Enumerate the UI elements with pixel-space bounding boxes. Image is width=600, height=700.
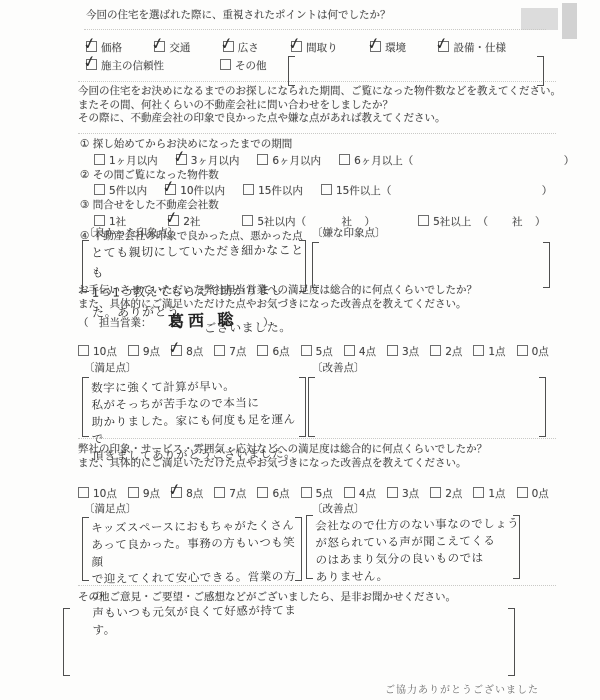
checkbox-icon[interactable]: [165, 184, 176, 195]
checkbox-icon[interactable]: [387, 345, 398, 356]
checkbox-icon[interactable]: [214, 487, 225, 498]
q1-options-row1: 価格交通広さ間取り環境設備・仕様: [86, 40, 506, 55]
score-checkbox-option[interactable]: 2点: [430, 486, 462, 501]
checkbox-icon[interactable]: [171, 487, 182, 498]
checkbox-icon[interactable]: [78, 487, 89, 498]
checkbox-label: 6点: [272, 346, 289, 358]
checkbox-label: 6ヶ月以上: [354, 155, 403, 167]
other-comments-box[interactable]: [63, 608, 515, 676]
item-number: ③: [80, 199, 89, 211]
checkbox-icon[interactable]: [214, 345, 225, 356]
checkbox-option[interactable]: 設備・仕様: [438, 40, 506, 55]
checkbox-label: 5点: [316, 346, 333, 358]
checkbox-icon[interactable]: [291, 41, 302, 52]
handwritten-line: ありません。: [316, 566, 521, 586]
score-checkbox-option[interactable]: 8点: [171, 486, 203, 501]
checkbox-icon[interactable]: [94, 215, 105, 226]
q2-item-title: ③ 問合せをした不動産会社数: [80, 199, 558, 213]
q4-score-row: 10点9点8点7点6点5点4点3点2点1点0点: [78, 486, 560, 501]
q2-item-title: ② その間ご覧になった物件数: [80, 169, 558, 183]
checkbox-label: 7点: [229, 488, 246, 500]
q2-item-options: 5件以内10件以内15件以内15件以上（ ）: [94, 183, 558, 198]
checkbox-icon[interactable]: [78, 345, 89, 356]
checkbox-icon[interactable]: [257, 487, 268, 498]
checkbox-label: 6ヶ月以内: [272, 155, 321, 167]
q2-intro-line: 今回の住宅をお決めになるまでのお探しになられた期間、ご覧になった物件数などを教え…: [78, 85, 560, 99]
score-checkbox-option[interactable]: 9点: [128, 486, 160, 501]
checkbox-icon[interactable]: [176, 154, 187, 165]
checkbox-option[interactable]: 1ヶ月以内: [94, 153, 158, 168]
checkbox-option[interactable]: 環境: [370, 40, 406, 55]
q3-intro-line: また、具体的にご満足いただけた点やお気づきになった改善点を教えてください。: [78, 298, 560, 312]
checkbox-icon[interactable]: [171, 345, 182, 356]
checkbox-icon[interactable]: [301, 345, 312, 356]
q4-intro: 弊社の印象・サービス・雰囲気・応対などへの満足度は総合的に何点くらいでしたか？ま…: [78, 443, 560, 470]
checkbox-label: 1ヶ月以内: [109, 155, 158, 167]
checkbox-label: 5件以内: [109, 185, 147, 197]
checkbox-label: 交通: [169, 42, 190, 54]
checkbox-label: 間取り: [306, 42, 338, 54]
fill-in-blank: （ ）: [381, 185, 554, 197]
checkbox-icon[interactable]: [301, 487, 312, 498]
checkbox-icon[interactable]: [370, 41, 381, 52]
score-checkbox-option[interactable]: 1点: [473, 486, 505, 501]
checkbox-label: 15件以上: [336, 185, 381, 197]
score-checkbox-option[interactable]: 0点: [517, 344, 549, 359]
scanned-survey-form: 今回の住宅を選ばれた際に、重視されたポイントは何でしたか？ 価格交通広さ間取り環…: [0, 0, 600, 700]
q1-title: 今回の住宅を選ばれた際に、重視されたポイントは何でしたか？: [86, 9, 558, 23]
checkbox-icon[interactable]: [473, 487, 484, 498]
checkbox-option[interactable]: 6ヶ月以内: [257, 153, 321, 168]
checkbox-option[interactable]: 施主の信頼性: [86, 58, 164, 73]
checkbox-icon[interactable]: [430, 345, 441, 356]
checkbox-icon[interactable]: [257, 345, 268, 356]
checkbox-label: 広さ: [238, 42, 259, 54]
checkbox-label: 4点: [359, 346, 376, 358]
bad-impression-box[interactable]: [312, 242, 550, 288]
score-checkbox-option[interactable]: 5点: [301, 486, 333, 501]
score-checkbox-option[interactable]: 8点: [171, 344, 203, 359]
q2-intro-line: その際に、不動産会社の印象で良かった点や嫌な点があれば教えてください。: [78, 112, 560, 126]
checkbox-label: 5社以上: [433, 216, 471, 228]
checkbox-icon[interactable]: [517, 345, 528, 356]
checkbox-label: 2点: [445, 346, 462, 358]
agent-label-close: ）: [263, 317, 274, 329]
checkbox-option[interactable]: 5件以内: [94, 183, 147, 198]
other-answer-box[interactable]: [288, 56, 544, 86]
checkbox-label: 0点: [532, 488, 549, 500]
checkbox-icon[interactable]: [168, 215, 179, 226]
checkbox-icon[interactable]: [517, 487, 528, 498]
score-checkbox-option[interactable]: 5点: [301, 344, 333, 359]
q3-intro: お手伝いさせていただいた弊社担当営業への満足度は総合的に何点くらいでしたか？また…: [78, 284, 560, 311]
checkbox-label: 0点: [532, 346, 549, 358]
thank-you-note: ご協力ありがとうございました: [385, 681, 539, 696]
checkbox-label: 2社: [183, 216, 200, 228]
score-checkbox-option[interactable]: 10点: [78, 344, 117, 359]
agent-name-handwritten: 葛西 聡: [167, 313, 237, 329]
q3-improvement-box[interactable]: [308, 377, 546, 437]
checkbox-icon[interactable]: [339, 154, 350, 165]
checkbox-label: 10件以内: [180, 185, 225, 197]
scan-artifact: [562, 3, 577, 39]
bad-impression-label: 〔嫌な印象点〕: [312, 227, 386, 241]
q3-score-row: 10点9点8点7点6点5点4点3点2点1点0点: [78, 344, 560, 359]
checkbox-label: 15件以内: [258, 185, 303, 197]
q2-intro: 今回の住宅をお決めになるまでのお探しになられた期間、ご覧になった物件数などを教え…: [78, 85, 560, 126]
checkbox-option[interactable]: 15件以上（ ）: [321, 183, 553, 198]
q3-satisfaction-label: 〔満足点〕: [84, 362, 137, 376]
score-checkbox-option[interactable]: 0点: [517, 486, 549, 501]
checkbox-icon[interactable]: [257, 154, 268, 165]
checkbox-label: 設備・仕様: [453, 42, 506, 54]
score-checkbox-option[interactable]: 2点: [430, 344, 462, 359]
checkbox-icon[interactable]: [94, 154, 105, 165]
checkbox-option[interactable]: 6ヶ月以上（ ）: [339, 153, 575, 168]
checkbox-label: 3ヶ月以内: [191, 155, 240, 167]
q3-intro-line: お手伝いさせていただいた弊社担当営業への満足度は総合的に何点くらいでしたか？: [78, 284, 560, 298]
q5-title: その他ご意見・ご要望・ご感想などがございましたら、是非お聞かせください。: [78, 591, 560, 605]
checkbox-label: 価格: [101, 42, 122, 54]
score-checkbox-option[interactable]: 6点: [257, 344, 289, 359]
agent-row: （ 担当営業：葛西 聡）: [78, 317, 560, 331]
checkbox-option[interactable]: 広さ: [223, 40, 259, 55]
checkbox-label: 3点: [402, 488, 419, 500]
q2-item-options: 1ヶ月以内3ヶ月以内6ヶ月以内6ヶ月以上（ ）: [94, 153, 558, 168]
q2-item-agencies: ③ 問合せをした不動産会社数 1社2社5社以内（ 社 ）5社以上 （ 社 ）: [80, 199, 558, 229]
checkbox-icon[interactable]: [321, 184, 332, 195]
score-checkbox-option[interactable]: 7点: [214, 344, 246, 359]
fill-in-blank: （ ）: [403, 155, 576, 167]
handwritten-line: 助かりました。家にも何度も足を運んで: [92, 410, 307, 447]
checkbox-icon[interactable]: [438, 41, 449, 52]
checkbox-icon[interactable]: [220, 59, 231, 70]
checkbox-icon[interactable]: [128, 345, 139, 356]
checkbox-label: 10点: [93, 488, 117, 500]
checkbox-label: 9点: [143, 488, 160, 500]
q4-improvement-text: 会社なので仕方のない事なのでしょうが怒られている声が聞こえてくるのはあまり気分の…: [306, 512, 521, 586]
agent-label: （ 担当営業：: [78, 317, 152, 329]
checkbox-label: 1点: [488, 346, 505, 358]
score-checkbox-option[interactable]: 3点: [387, 344, 419, 359]
handwritten-line: が怒られている声が聞こえてくる: [315, 532, 520, 552]
checkbox-icon[interactable]: [242, 215, 253, 226]
checkbox-option[interactable]: 3ヶ月以内: [176, 153, 240, 168]
checkbox-icon[interactable]: [473, 345, 484, 356]
q3-improvement-label: 〔改善点〕: [312, 362, 365, 376]
score-checkbox-option[interactable]: 9点: [128, 344, 160, 359]
checkbox-label: 5点: [316, 488, 333, 500]
score-checkbox-option[interactable]: 3点: [387, 486, 419, 501]
q2-item-properties: ② その間ご覧になった物件数 5件以内10件以内15件以内15件以上（ ）: [80, 169, 558, 199]
checkbox-icon[interactable]: [344, 345, 355, 356]
checkbox-label: 環境: [385, 42, 406, 54]
separator-dotted: [78, 133, 556, 134]
q3-satisfaction-box[interactable]: 数字に強くて計算が早い。私がそっちが苦手なので本当に助かりました。家にも何度も足…: [82, 377, 306, 437]
q4-satisfaction-box[interactable]: キッズスペースにおもちゃがたくさんあって良かった。事務の方もいつも笑顔で迎えてく…: [82, 517, 302, 581]
checkbox-label: 1点: [488, 488, 505, 500]
checkbox-icon[interactable]: [387, 487, 398, 498]
score-checkbox-option[interactable]: 6点: [257, 486, 289, 501]
checkbox-label: 9点: [143, 346, 160, 358]
score-checkbox-option[interactable]: 4点: [344, 344, 376, 359]
score-checkbox-option[interactable]: 1点: [473, 344, 505, 359]
checkbox-label: 8点: [186, 488, 203, 500]
checkbox-label: 7点: [229, 346, 246, 358]
checkbox-label: 10点: [93, 346, 117, 358]
q4-improvement-box[interactable]: 会社なので仕方のない事なのでしょうが怒られている声が聞こえてくるのはあまり気分の…: [306, 515, 520, 579]
fill-in-blank: （ 社 ）: [296, 216, 377, 228]
checkbox-icon[interactable]: [344, 487, 355, 498]
checkbox-icon[interactable]: [128, 487, 139, 498]
checkbox-icon[interactable]: [86, 59, 97, 70]
q2-intro-line: またその間、何社くらいの不動産会社に問い合わせをしましたか？: [78, 99, 560, 113]
q2-item-period: ① 探し始めてからお決めになったまでの期間 1ヶ月以内3ヶ月以内6ヶ月以内6ヶ月…: [80, 138, 558, 168]
checkbox-label: 3点: [402, 346, 419, 358]
checkbox-label: その他: [235, 60, 267, 72]
score-checkbox-option[interactable]: 10点: [78, 486, 117, 501]
checkbox-label: 1社: [109, 216, 126, 228]
checkbox-icon[interactable]: [223, 41, 234, 52]
checkbox-option[interactable]: 15件以内: [243, 183, 303, 198]
q4-intro-line: 弊社の印象・サービス・雰囲気・応対などへの満足度は総合的に何点くらいでしたか？: [78, 443, 560, 457]
checkbox-label: 6点: [272, 488, 289, 500]
checkbox-label: 2点: [445, 488, 462, 500]
q2-item-title: ① 探し始めてからお決めになったまでの期間: [80, 138, 558, 152]
checkbox-icon[interactable]: [154, 41, 165, 52]
checkbox-icon[interactable]: [243, 184, 254, 195]
handwritten-line: とても親切にしていただき細かなことも: [91, 240, 307, 283]
score-checkbox-option[interactable]: 4点: [344, 486, 376, 501]
checkbox-option[interactable]: 交通: [154, 40, 190, 55]
checkbox-label: 4点: [359, 488, 376, 500]
score-checkbox-option[interactable]: 7点: [214, 486, 246, 501]
q4-satisfaction-label: 〔満足点〕: [84, 503, 137, 517]
handwritten-line: あって良かった。事務の方もいつも笑顔: [91, 534, 302, 571]
checkbox-icon[interactable]: [430, 487, 441, 498]
checkbox-option[interactable]: 間取り: [291, 40, 338, 55]
checkbox-icon[interactable]: [418, 215, 429, 226]
checkbox-icon[interactable]: [86, 41, 97, 52]
checkbox-label: 5社以内: [257, 216, 295, 228]
checkbox-label: 施主の信頼性: [101, 60, 164, 72]
item-number: ①: [80, 138, 89, 150]
checkbox-icon[interactable]: [94, 184, 105, 195]
checkbox-option[interactable]: その他: [220, 58, 267, 73]
checkbox-label: 8点: [186, 346, 203, 358]
q4-intro-line: また、具体的にご満足いただけた点やお気づきになった改善点を教えてください。: [78, 457, 560, 471]
item-number: ②: [80, 169, 89, 181]
fill-in-blank: （ 社 ）: [471, 216, 546, 228]
checkbox-option[interactable]: 10件以内: [165, 183, 225, 198]
